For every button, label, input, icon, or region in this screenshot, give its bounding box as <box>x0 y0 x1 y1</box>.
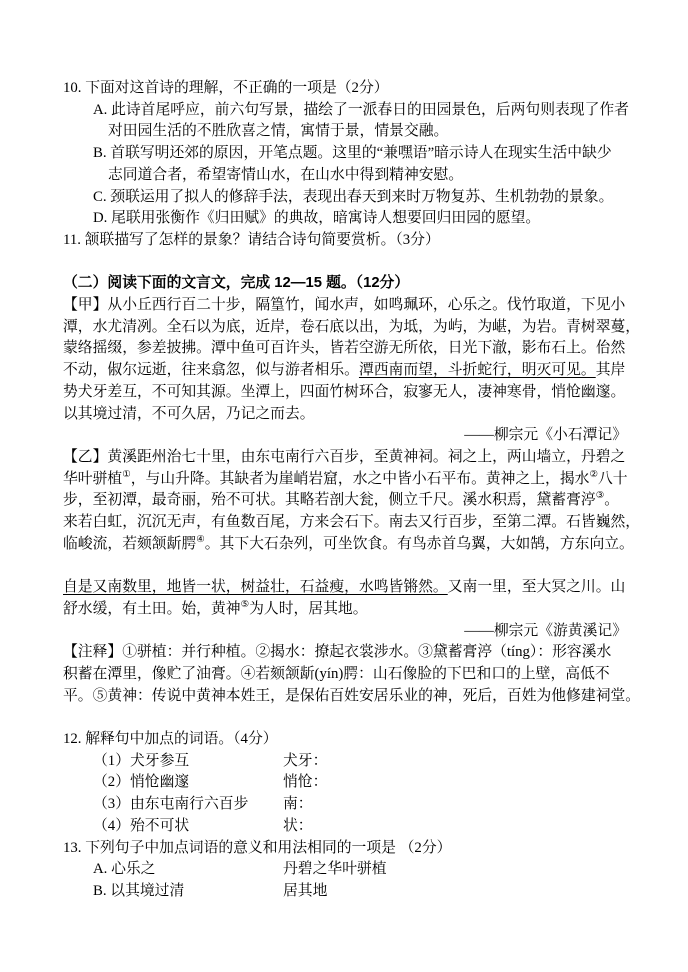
pair-right-text: 南： <box>283 796 313 812</box>
question-12-item-4: （4）殆不可状状： <box>63 816 627 838</box>
text-segment: ——柳宗元《小石潭记》 <box>464 427 627 443</box>
passage-jia-line5: 势犬牙差互，不可知其源。坐潭上，四面竹树环合，寂寥无人，凄神寒骨，悄怆幽邃。 <box>63 382 627 404</box>
attribution-xiaoshitanji: ——柳宗元《小石潭记》 <box>63 425 627 447</box>
text-segment: 蒙络摇缀，参差披拂。潭中鱼可百许头，皆若空游无所依，日光下澈，影布石上。佁然 <box>63 340 625 356</box>
passage-yi-line4: 来若白虹，沉沉无声，有鱼数百尾，方来会石下。南去又行百步，至第二潭。石皆巍然， <box>63 512 627 534</box>
notes-line2: 积蓄在潭里，像贮了油膏。④若颏颔龂(yín)腭：山石像脸的下巴和口的上壁，高低不 <box>63 664 627 686</box>
blank-line <box>63 252 627 274</box>
text-segment: 12. 解释句中加点的词语。（4分） <box>63 731 278 747</box>
text-segment: 平。⑤黄神：传说中黄神本姓王，是保佑百姓安居乐业的神，死后，百姓为他修建祠堂。 <box>63 688 640 704</box>
underlined-text-segment: 自是又南数里，地皆一状，树益壮，石益瘦，水鸣皆锵然。 <box>63 579 448 595</box>
text-segment: 以其境过清，不可久居，乃记之而去。 <box>63 406 315 422</box>
option-10c: C. 颈联运用了拟人的修辞手法，表现出春天到来时万物复苏、生机勃勃的景象。 <box>63 187 627 209</box>
text-segment: 其岸 <box>596 362 626 378</box>
pair-right-text: 丹碧之华叶骈植 <box>283 861 387 877</box>
passage-jia-line4: 不动，俶尔远逝，往来翕忽，似与游者相乐。潭西南而望，斗折蛇行，明灭可见。其岸 <box>63 360 627 382</box>
pair-right-text: 犬牙： <box>283 753 327 769</box>
attribution-youhuangxiji: ——柳宗元《游黄溪记》 <box>63 621 627 643</box>
text-segment: A. 此诗首尾呼应，前六句写景，描绘了一派春日的田园景色，后两句则表现了作者 <box>93 102 629 118</box>
text-segment: 10. 下面对这首诗的理解，不正确的一项是（2分） <box>63 80 389 96</box>
passage-jia-line1: 【甲】从小丘西行百二十步，隔篁竹，闻水声，如鸣珮环，心乐之。伐竹取道，下见小 <box>63 295 627 317</box>
text-segment: 为人时，居其地。 <box>249 601 367 617</box>
passage-jia-line2: 潭，水尤清冽。全石以为底，近岸，卷石底以出，为坻，为屿，为嵁，为岩。青树翠蔓， <box>63 317 627 339</box>
pair-left-text: （3）由东屯南行六百步 <box>93 794 283 816</box>
question-13: 13. 下列句子中加点词语的意义和用法相同的一项是 （2分） <box>63 838 627 860</box>
passage-yi-line2: 华叶骈植①，与山升降。其缺者为崖峭岩窟，水之中皆小石平布。黄神之上，揭水②八十 <box>63 469 627 491</box>
option-10d: D. 尾联用张衡作《归田赋》的典故，暗寓诗人想要回归田园的愿望。 <box>63 208 627 230</box>
text-segment: D. 尾联用张衡作《归田赋》的典故，暗寓诗人想要回归田园的愿望。 <box>93 210 540 226</box>
pair-left-text: （2）悄怆幽邃 <box>93 772 283 794</box>
text-segment: 华叶骈植 <box>63 471 122 487</box>
blank-line <box>63 707 627 729</box>
question-12-item-3: （3）由东屯南行六百步南： <box>63 794 627 816</box>
pair-left-text: B. 以其境过清 <box>93 881 283 903</box>
superscript-note-ref: ② <box>589 470 598 480</box>
pair-left-text: A. 心乐之 <box>93 859 283 881</box>
text-segment: 势犬牙差互，不可知其源。坐潭上，四面竹树环合，寂寥无人，凄神寒骨，悄怆幽邃。 <box>63 384 625 400</box>
text-segment: 对田园生活的不胜欣喜之情，寓情于景，情景交融。 <box>108 123 448 139</box>
pair-right-text: 居其地 <box>283 883 327 899</box>
passage-yi-line7: 舒水缓，有土田。始，黄神⑤为人时，居其地。 <box>63 599 627 621</box>
text-segment: B. 首联写明还郊的原因，开笔点题。这里的“兼嘿语”暗示诗人在现实生活中缺少 <box>93 145 612 161</box>
text-segment: 八十 <box>598 471 628 487</box>
text-segment: （二）阅读下面的文言文，完成 12—15 题。（12分） <box>63 275 409 291</box>
option-13b: B. 以其境过清居其地 <box>63 881 627 903</box>
notes-line3: 平。⑤黄神：传说中黄神本姓王，是保佑百姓安居乐业的神，死后，百姓为他修建祠堂。 <box>63 686 627 708</box>
text-segment: 临峻流，若颏颔龂腭 <box>63 536 196 552</box>
text-segment: ，与山升降。其缺者为崖峭岩窟，水之中皆小石平布。黄神之上，揭水 <box>131 471 590 487</box>
question-12-item-2: （2）悄怆幽邃悄怆： <box>63 772 627 794</box>
option-13a: A. 心乐之丹碧之华叶骈植 <box>63 859 627 881</box>
text-segment: C. 颈联运用了拟人的修辞手法，表现出春天到来时万物复苏、生机勃勃的景象。 <box>93 189 613 205</box>
pair-right-text: 悄怆： <box>283 774 327 790</box>
blank-line <box>63 555 627 577</box>
passage-jia-line3: 蒙络摇缀，参差披拂。潭中鱼可百许头，皆若空游无所依，日光下澈，影布石上。佁然 <box>63 338 627 360</box>
question-12-item-1: （1）犬牙参互犬牙： <box>63 751 627 773</box>
option-10b-line2: 志同道合者，希望寄情山水，在山水中得到精神安慰。 <box>63 165 627 187</box>
text-segment: 13. 下列句子中加点词语的意义和用法相同的一项是 （2分） <box>63 840 451 856</box>
passage-yi-line5: 临峻流，若颏颔龂腭④。其下大石杂列，可坐饮食。有鸟赤首乌翼，大如鹄，方东向立。 <box>63 534 627 556</box>
pair-left-text: （4）殆不可状 <box>93 816 283 838</box>
section-2-heading: （二）阅读下面的文言文，完成 12—15 题。（12分） <box>63 273 627 295</box>
passage-yi-line6: 自是又南数里，地皆一状，树益壮，石益瘦，水鸣皆锵然。又南一里，至大冥之川。山 <box>63 577 627 599</box>
notes-line1: 【注释】①骈植：并行种植。②揭水：撩起衣裳涉水。③黛蓄膏渟（tíng）：形容溪水 <box>63 642 627 664</box>
exam-paper-screenshot: { "document": { "lines": [ {"style":"q",… <box>0 0 688 972</box>
passage-yi-line1: 【乙】黄溪距州治七十里，由东屯南行六百步，至黄神祠。祠之上，两山墙立，丹碧之 <box>63 447 627 469</box>
pair-left-text: （1）犬牙参互 <box>93 751 283 773</box>
text-segment: 来若白虹，沉沉无声，有鱼数百尾，方来会石下。南去又行百步，至第二潭。石皆巍然， <box>63 514 640 530</box>
text-segment: 积蓄在潭里，像贮了油膏。④若颏颔龂(yín)腭：山石像脸的下巴和口的上壁，高低不 <box>63 666 610 682</box>
option-10a-line2: 对田园生活的不胜欣喜之情，寓情于景，情景交融。 <box>63 121 627 143</box>
question-10: 10. 下面对这首诗的理解，不正确的一项是（2分） <box>63 78 627 100</box>
question-11: 11. 颔联描写了怎样的景象？请结合诗句简要赏析。（3分） <box>63 230 627 252</box>
option-10a-line1: A. 此诗首尾呼应，前六句写景，描绘了一派春日的田园景色，后两句则表现了作者 <box>63 100 627 122</box>
underlined-text-segment: 潭西南而望，斗折蛇行，明灭可见。 <box>359 362 596 378</box>
superscript-note-ref: ① <box>122 470 131 480</box>
text-segment: 【注释】①骈植：并行种植。②揭水：撩起衣裳涉水。③黛蓄膏渟（tíng）：形容溪水 <box>63 644 611 660</box>
text-segment: 志同道合者，希望寄情山水，在山水中得到精神安慰。 <box>108 167 463 183</box>
text-segment: 【甲】从小丘西行百二十步，隔篁竹，闻水声，如鸣珮环，心乐之。伐竹取道，下见小 <box>63 297 625 313</box>
question-12: 12. 解释句中加点的词语。（4分） <box>63 729 627 751</box>
text-segment: 步，至初潭，最奇丽，殆不可状。其略若剖大瓮，侧立千尺。溪水积焉，黛蓄膏渟 <box>63 492 596 508</box>
text-segment: 又南一里，至大冥之川。山 <box>448 579 626 595</box>
passage-jia-line6: 以其境过清，不可久居，乃记之而去。 <box>63 404 627 426</box>
text-segment: 不动，俶尔远逝，往来翕忽，似与游者相乐。 <box>63 362 359 378</box>
superscript-note-ref: ⑤ <box>241 600 250 610</box>
text-segment: 舒水缓，有土田。始，黄神 <box>63 601 241 617</box>
text-segment: 。其下大石杂列，可坐饮食。有鸟赤首乌翼，大如鹄，方东向立。 <box>205 536 634 552</box>
option-10b-line1: B. 首联写明还郊的原因，开笔点题。这里的“兼嘿语”暗示诗人在现实生活中缺少 <box>63 143 627 165</box>
superscript-note-ref: ③ <box>596 491 605 501</box>
document-page: 10. 下面对这首诗的理解，不正确的一项是（2分）A. 此诗首尾呼应，前六句写景… <box>63 78 627 903</box>
text-segment: 【乙】黄溪距州治七十里，由东屯南行六百步，至黄神祠。祠之上，两山墙立，丹碧之 <box>63 449 625 465</box>
text-segment: 11. 颔联描写了怎样的景象？请结合诗句简要赏析。（3分） <box>63 232 440 248</box>
passage-yi-line3: 步，至初潭，最奇丽，殆不可状。其略若剖大瓮，侧立千尺。溪水积焉，黛蓄膏渟③。 <box>63 490 627 512</box>
text-segment: 潭，水尤清冽。全石以为底，近岸，卷石底以出，为坻，为屿，为嵁，为岩。青树翠蔓， <box>63 319 640 335</box>
superscript-note-ref: ④ <box>196 535 205 545</box>
text-segment: ——柳宗元《游黄溪记》 <box>464 623 627 639</box>
pair-right-text: 状： <box>283 818 313 834</box>
text-segment: 。 <box>604 492 619 508</box>
